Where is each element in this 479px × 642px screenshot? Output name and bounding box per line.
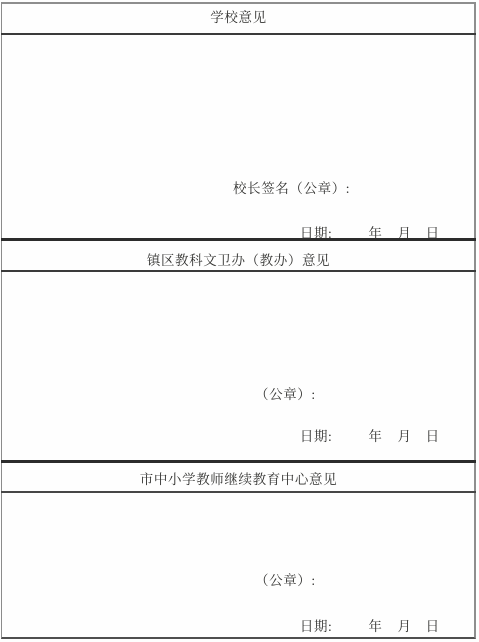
principal-signature-seal-label: 校长签名（公章）: bbox=[233, 182, 350, 196]
official-seal-label-section2: （公章）: bbox=[255, 388, 316, 402]
date-label: 日期: bbox=[300, 429, 333, 444]
date-unit-year: 年 bbox=[368, 226, 382, 241]
date-unit-year: 年 bbox=[368, 429, 382, 444]
date-unit-month: 月 bbox=[398, 226, 412, 241]
date-unit-day: 日 bbox=[426, 429, 440, 444]
date-line-section1: 日期:年月日 bbox=[276, 213, 440, 255]
date-unit-year: 年 bbox=[368, 619, 382, 634]
section-title-school-opinion: 学校意见 bbox=[1, 11, 476, 25]
date-unit-month: 月 bbox=[398, 429, 412, 444]
official-seal-label-section3: （公章）: bbox=[255, 574, 316, 588]
date-label: 日期: bbox=[300, 619, 333, 634]
divider-under-section1-title bbox=[1, 33, 476, 35]
date-unit-day: 日 bbox=[426, 619, 440, 634]
divider-section2-section3 bbox=[1, 460, 476, 463]
date-line-section3: 日期:年月日 bbox=[276, 606, 440, 642]
divider-under-section3-title bbox=[1, 491, 476, 493]
date-label: 日期: bbox=[300, 226, 333, 241]
section-title-town-education-office: 镇区教科文卫办（教办）意见 bbox=[1, 254, 476, 268]
document-page: 学校意见 校长签名（公章）: 日期:年月日 镇区教科文卫办（教办）意见 （公章）… bbox=[0, 0, 479, 642]
table-frame bbox=[1, 2, 476, 639]
date-line-section2: 日期:年月日 bbox=[276, 416, 440, 458]
date-unit-day: 日 bbox=[426, 226, 440, 241]
date-unit-month: 月 bbox=[398, 619, 412, 634]
section-title-city-teacher-education-center: 市中小学教师继续教育中心意见 bbox=[1, 473, 476, 487]
divider-under-section2-title bbox=[1, 270, 476, 272]
